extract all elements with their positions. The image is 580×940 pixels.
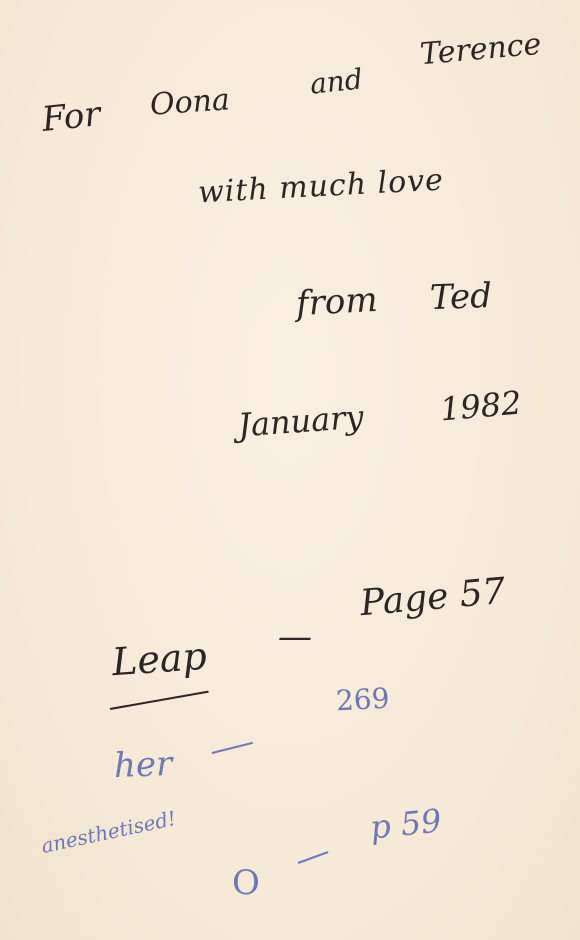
note-blue-number: 269: [335, 685, 390, 716]
inscription-with-much-love: with much love: [197, 166, 444, 209]
note-word-leap: Leap: [111, 637, 208, 682]
note-blue-page-ref: p 59: [369, 804, 443, 843]
document-page: For Oona and Terence with much love from…: [0, 0, 580, 940]
inscription-and: and: [309, 65, 364, 98]
note-dash: —: [278, 620, 312, 654]
note-page-ref: Page 57: [359, 574, 507, 623]
inscription-signature-ted: Ted: [429, 279, 492, 315]
note-blue-annotation: anesthetised!: [39, 808, 177, 856]
note-word-underline: [110, 691, 209, 710]
inscription-for: For: [40, 97, 102, 137]
inscription-name-oona: Oona: [149, 85, 231, 120]
note-blue-dash-1: [212, 742, 253, 754]
inscription-name-terence: Terence: [419, 30, 543, 70]
inscription-from: from: [295, 283, 378, 321]
inscription-date-month: January: [237, 401, 365, 442]
inscription-date-year: 1982: [439, 387, 523, 426]
note-blue-letter-o: O: [232, 866, 260, 900]
note-blue-word-her: her: [113, 747, 172, 783]
note-blue-dash-2: [298, 851, 329, 864]
